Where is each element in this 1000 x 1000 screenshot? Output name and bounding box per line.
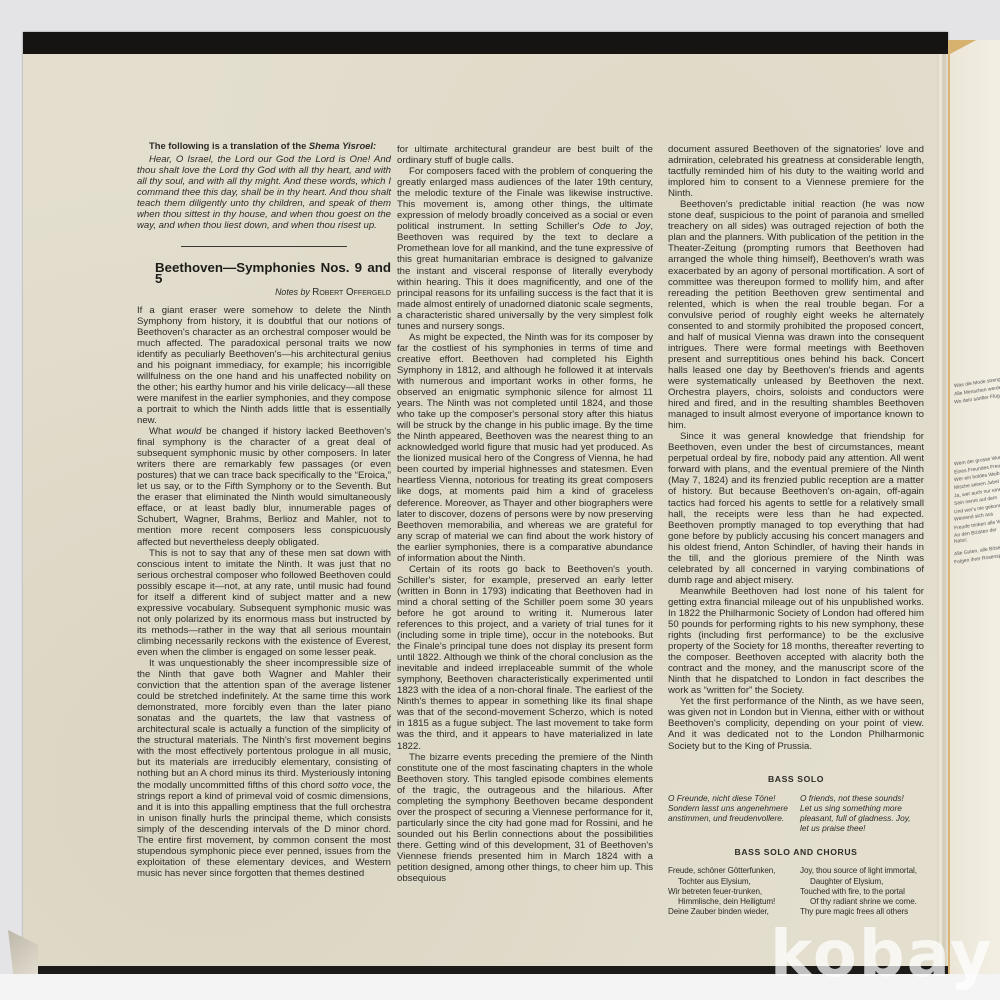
paragraph: It was unquestionably the sheer incompre… — [137, 658, 391, 879]
article-title: Beethoven—Symphonies Nos. 9 and 5 — [155, 262, 391, 284]
column-left: The following is a translation of the Sh… — [137, 140, 391, 879]
lyrics-bass-solo: O Freunde, nicht diese Töne! Sondern las… — [668, 793, 924, 834]
column-right: document assured Beethoven of the signat… — [668, 144, 924, 918]
paragraph: For composers faced with the problem of … — [397, 166, 653, 332]
paragraph: Yet the first performance of the Ninth, … — [668, 696, 924, 751]
paragraph: The bizarre events preceding the premier… — [397, 752, 653, 885]
paragraph: for ultimate architectural grandeur are … — [397, 144, 653, 166]
lyrics-english: O friends, not these sounds! Let us sing… — [800, 793, 924, 834]
paragraph: Since it was general knowledge that frie… — [668, 431, 924, 586]
section-divider — [181, 246, 347, 247]
lyrics-bass-solo-chorus: Freude, schöner Götterfunken, Tochter au… — [668, 866, 924, 917]
shema-translation: Hear, O Israel, the Lord our God the Lor… — [137, 154, 391, 231]
sleeve-top-edge — [23, 32, 948, 54]
lyrics-german: Freude, schöner Götterfunken, Tochter au… — [668, 866, 792, 917]
paragraph: Certain of its roots go back to Beethove… — [397, 564, 653, 752]
shema-heading: The following is a translation of the Sh… — [137, 140, 391, 151]
next-page-edge: Was die Mode streng Alle Menschen werden… — [948, 40, 1000, 1000]
column-middle: for ultimate architectural grandeur are … — [397, 144, 653, 884]
paragraph: Meanwhile Beethoven had lost none of his… — [668, 586, 924, 696]
lyrics-heading-bass-solo-chorus: BASS SOLO AND CHORUS — [668, 847, 924, 858]
sleeve-fold — [937, 54, 948, 966]
paragraph: document assured Beethoven of the signat… — [668, 144, 924, 199]
lyrics-english: Joy, thou source of light immortal, Daug… — [800, 866, 924, 917]
lyrics-heading-bass-solo: BASS SOLO — [668, 774, 924, 785]
paragraph: Beethoven's predictable initial reaction… — [668, 199, 924, 431]
author-name: Robert Offergeld — [312, 287, 391, 298]
paragraph: What would be changed if history lacked … — [137, 426, 391, 548]
paragraph: This is not to say that any of these men… — [137, 548, 391, 658]
next-page-line: Natur; — [954, 537, 968, 546]
paragraph: If a giant eraser were somehow to delete… — [137, 305, 391, 427]
watermark: kobay — [770, 918, 994, 992]
paragraph: As might be expected, the Ninth was for … — [397, 332, 653, 564]
byline: Notes by Robert Offergeld — [137, 287, 391, 298]
lyrics-german: O Freunde, nicht diese Töne! Sondern las… — [668, 793, 792, 834]
next-page-top-edge — [950, 40, 1000, 54]
